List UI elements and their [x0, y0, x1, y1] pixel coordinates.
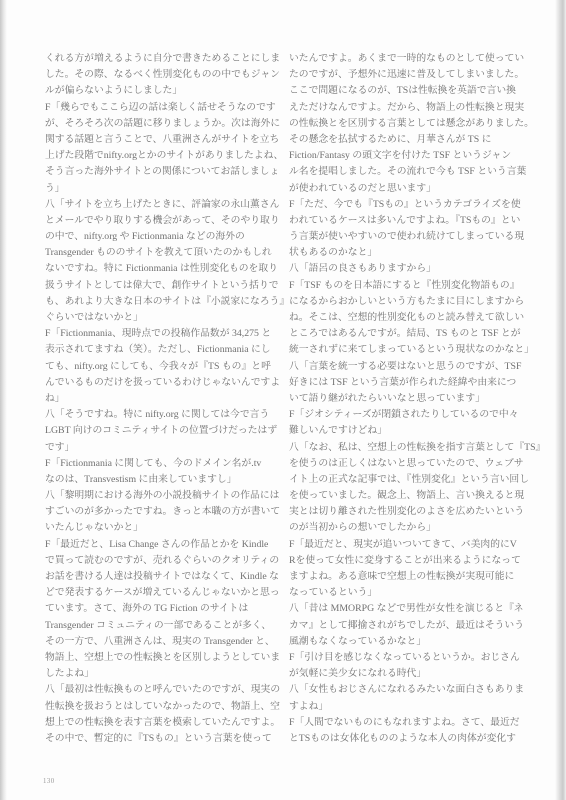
- text-line: のが当初からの想いでしたから」: [289, 520, 529, 536]
- text-line: Rを使って女性に変身することが出来るようになって: [289, 553, 529, 569]
- text-line: したよね」: [45, 666, 285, 682]
- text-line: ところではあるんですが。結局、TS ものと TSF とが: [289, 326, 529, 342]
- text-line: う言葉が使いやすいので使われ続けてしまっている現: [289, 229, 529, 245]
- text-column-left: くれる方が増えるように自分で書きためることにしました。その際、なるべく性別変化も…: [45, 51, 285, 747]
- text-column-right: いたんですよ。あくまで一時的なものとして使っていたのですが、予想外に迅速に普及し…: [289, 51, 529, 747]
- text-line: も、あれより大きな日本のサイトは『小説家になろう』: [45, 294, 285, 310]
- text-line: が気軽に美少女になれる時代」: [289, 666, 529, 682]
- text-line: Transgender コミュニティの一部であることが多く、: [45, 618, 285, 634]
- page-number: 130: [43, 778, 55, 785]
- text-line: なっているという」: [289, 585, 529, 601]
- text-line: 上げた段階でnifty.orgとかのサイトがありましたよね、: [45, 148, 285, 164]
- text-line: くれる方が増えるように自分で書きためることにしま: [45, 51, 285, 67]
- text-line: F「最近だと、現実が追いついてきて、バ美肉的にV: [289, 537, 529, 553]
- text-line: F「最近だと、Lisa Change さんの作品とかを Kindle: [45, 537, 285, 553]
- text-line: ぐらいではないかと」: [45, 310, 285, 326]
- text-line: いたんですよ。あくまで一時的なものとして使ってい: [289, 51, 529, 67]
- document-page: くれる方が増えるように自分で書きためることにしました。その際、なるべく性別変化も…: [0, 0, 566, 800]
- text-line: ね」: [45, 391, 285, 407]
- text-line: われているケースは多いんですよね。『TSもの』とい: [289, 213, 529, 229]
- text-line: お話を書ける人達は投稿サイトではなくて、Kindle な: [45, 569, 285, 585]
- text-line: 八「語呂の良さもありますから」: [289, 261, 529, 277]
- text-line: の中で、nifty.org や Fictionmania などの海外の: [45, 229, 285, 245]
- text-line: 物語上、空想上での性転換とを区別しようとしていま: [45, 650, 285, 666]
- text-line: を使っていました。観念上、物語上、言い換えると現: [289, 488, 529, 504]
- text-line: で買って読むのですが、売れるぐらいのクオリティの: [45, 553, 285, 569]
- text-line: 八「そうですね。特に nifty.org に関しては今で言う: [45, 407, 285, 423]
- text-line: すよね」: [289, 699, 529, 715]
- text-line: カマ』として揶揄されがちでしたが、最近はそういう: [289, 618, 529, 634]
- text-line: どで発表するケースが増えているんじゃないかと思っ: [45, 585, 285, 601]
- page-left-edge: [0, 0, 7, 800]
- text-line: 関する話題と言うことで、八重洲さんがサイトを立ち: [45, 132, 285, 148]
- text-line: その一方で、八重洲さんは、現実の Transgender と、: [45, 634, 285, 650]
- text-line: 表示されてますね（笑）。ただし、Fictionmania にし: [45, 342, 285, 358]
- text-line: ています。さて、海外の TG Fiction のサイトは: [45, 601, 285, 617]
- text-line: ね。そこは、空想的性別変化ものと読み替えて欲しい: [289, 310, 529, 326]
- text-line: ル名を提唱しました。その流れで今も TSF という言葉: [289, 164, 529, 180]
- text-line: 八「サイトを立ち上げたときに、評論家の永山薫さん: [45, 197, 285, 213]
- text-line: 八「最初は性転換ものと呼んでいたのですが、現実の: [45, 682, 285, 698]
- text-line: いたんじゃないかと」: [45, 520, 285, 536]
- text-line: F「TSF ものを日本語にすると『性別変化物語もの』: [289, 278, 529, 294]
- text-line: 八「黎明期における海外の小説投稿サイトの作品には: [45, 488, 285, 504]
- text-line: 風潮もなくなっているかなと」: [289, 634, 529, 650]
- text-line: その懸念を払拭するために、月華さんが TS に: [289, 132, 529, 148]
- text-line: が、そろそろ次の話題に移りましょうか。次は海外に: [45, 116, 285, 132]
- text-line: んでいるものだけを扱っているわけじゃないんですよ: [45, 375, 285, 391]
- page-right-edge: [555, 0, 566, 800]
- text-line: になるからおかしいという方もたまに目にしますから: [289, 294, 529, 310]
- text-line: F「Fictionmania、現時点での投稿作品数が 34,275 と: [45, 326, 285, 342]
- text-line: 扱うサイトとしては偉大で、創作サイトという括りで: [45, 278, 285, 294]
- text-line: 統一されずに来てしまっているという現状なのかなと」: [289, 342, 529, 358]
- text-line: の性転換とを区別する言葉としては懸念がありました。: [289, 116, 529, 132]
- text-line: イト上の正式な記事では、『性別変化』という言い回し: [289, 472, 529, 488]
- text-line: 難しいんですけどね」: [289, 423, 529, 439]
- text-line: う」: [45, 181, 285, 197]
- text-line: を使うのは正しくはないと思っていたので、ウェブサ: [289, 456, 529, 472]
- text-line: 八「昔は MMORPG などで男性が女性を演じると『ネ: [289, 601, 529, 617]
- text-line: 性転換を扱おうとはしていなかったので、物語上、空: [45, 699, 285, 715]
- text-line: LGBT 向けのコミニティサイトの位置づけだったはず: [45, 423, 285, 439]
- text-line: なのは、Transvestism に由来していますし」: [45, 472, 285, 488]
- text-line: 八「言葉を統一する必要はないと思うのですが、TSF: [289, 359, 529, 375]
- text-line: とTSものは女体化もののような本人の肉体が変化す: [289, 731, 529, 747]
- text-line: F「引け目を感じなくなっているというか。おじさん: [289, 650, 529, 666]
- text-line: たのですが、予想外に迅速に普及してしまいました。: [289, 67, 529, 83]
- text-line: 八「女性もおじさんになれるみたいな面白さもありま: [289, 682, 529, 698]
- text-line: ここで問題になるのが、TSは性転換を英語で言い換: [289, 83, 529, 99]
- text-line: 想上での性転換を表す言葉を模索していたんですよ。: [45, 715, 285, 731]
- text-line: F「ジオシティーズが閉鎖されたりしているので中々: [289, 407, 529, 423]
- text-line: した。その際、なるべく性別変化ものの中でもジャン: [45, 67, 285, 83]
- text-line: その中で、暫定的に『TSもの』という言葉を使って: [45, 731, 285, 747]
- text-line: Transgender もののサイトを教えて頂いたのかもしれ: [45, 245, 285, 261]
- text-line: です」: [45, 440, 285, 456]
- text-line: とメールでやり取りする機会があって、そのやり取り: [45, 213, 285, 229]
- text-line: F「Fictionmania に関しても、今のドメイン名が.tv: [45, 456, 285, 472]
- text-line: ないですね。特に Fictionmania は性別変化ものを取り: [45, 261, 285, 277]
- text-line: F「人間でないものにもなれますよね。さて、最近だ: [289, 715, 529, 731]
- text-line: 好きには TSF という言葉が作られた経緯や由来につ: [289, 375, 529, 391]
- text-line: ますよね。ある意味で空想上の性転換が実現可能に: [289, 569, 529, 585]
- text-line: Fiction/Fantasy の頭文字を付けた TSF というジャン: [289, 148, 529, 164]
- text-line: 八「なお、私は、空想上の性転換を指す言葉として『TS』: [289, 440, 529, 456]
- text-line: そう言った海外サイトとの関係についてお話しましょ: [45, 164, 285, 180]
- text-line: すごいのが多かったですね。きっと本職の方が書いて: [45, 504, 285, 520]
- text-line: ルが偏らないようにしました」: [45, 83, 285, 99]
- text-line: ても、nifty.org にしても、今我々が『TS もの』と呼: [45, 359, 285, 375]
- text-line: えただけなんですよ。だから、物語上の性転換と現実: [289, 100, 529, 116]
- text-line: が使われているのだと思います」: [289, 181, 529, 197]
- text-line: F「幾らでもここら辺の話は楽しく話せそうなのです: [45, 100, 285, 116]
- text-line: 状もあるのかなと」: [289, 245, 529, 261]
- text-line: いて語り継がれたらいいなと思っています」: [289, 391, 529, 407]
- text-line: 実とは切り離された性別変化のよさを広めたいという: [289, 504, 529, 520]
- text-line: F「ただ、今でも『TSもの』というカテゴライズを使: [289, 197, 529, 213]
